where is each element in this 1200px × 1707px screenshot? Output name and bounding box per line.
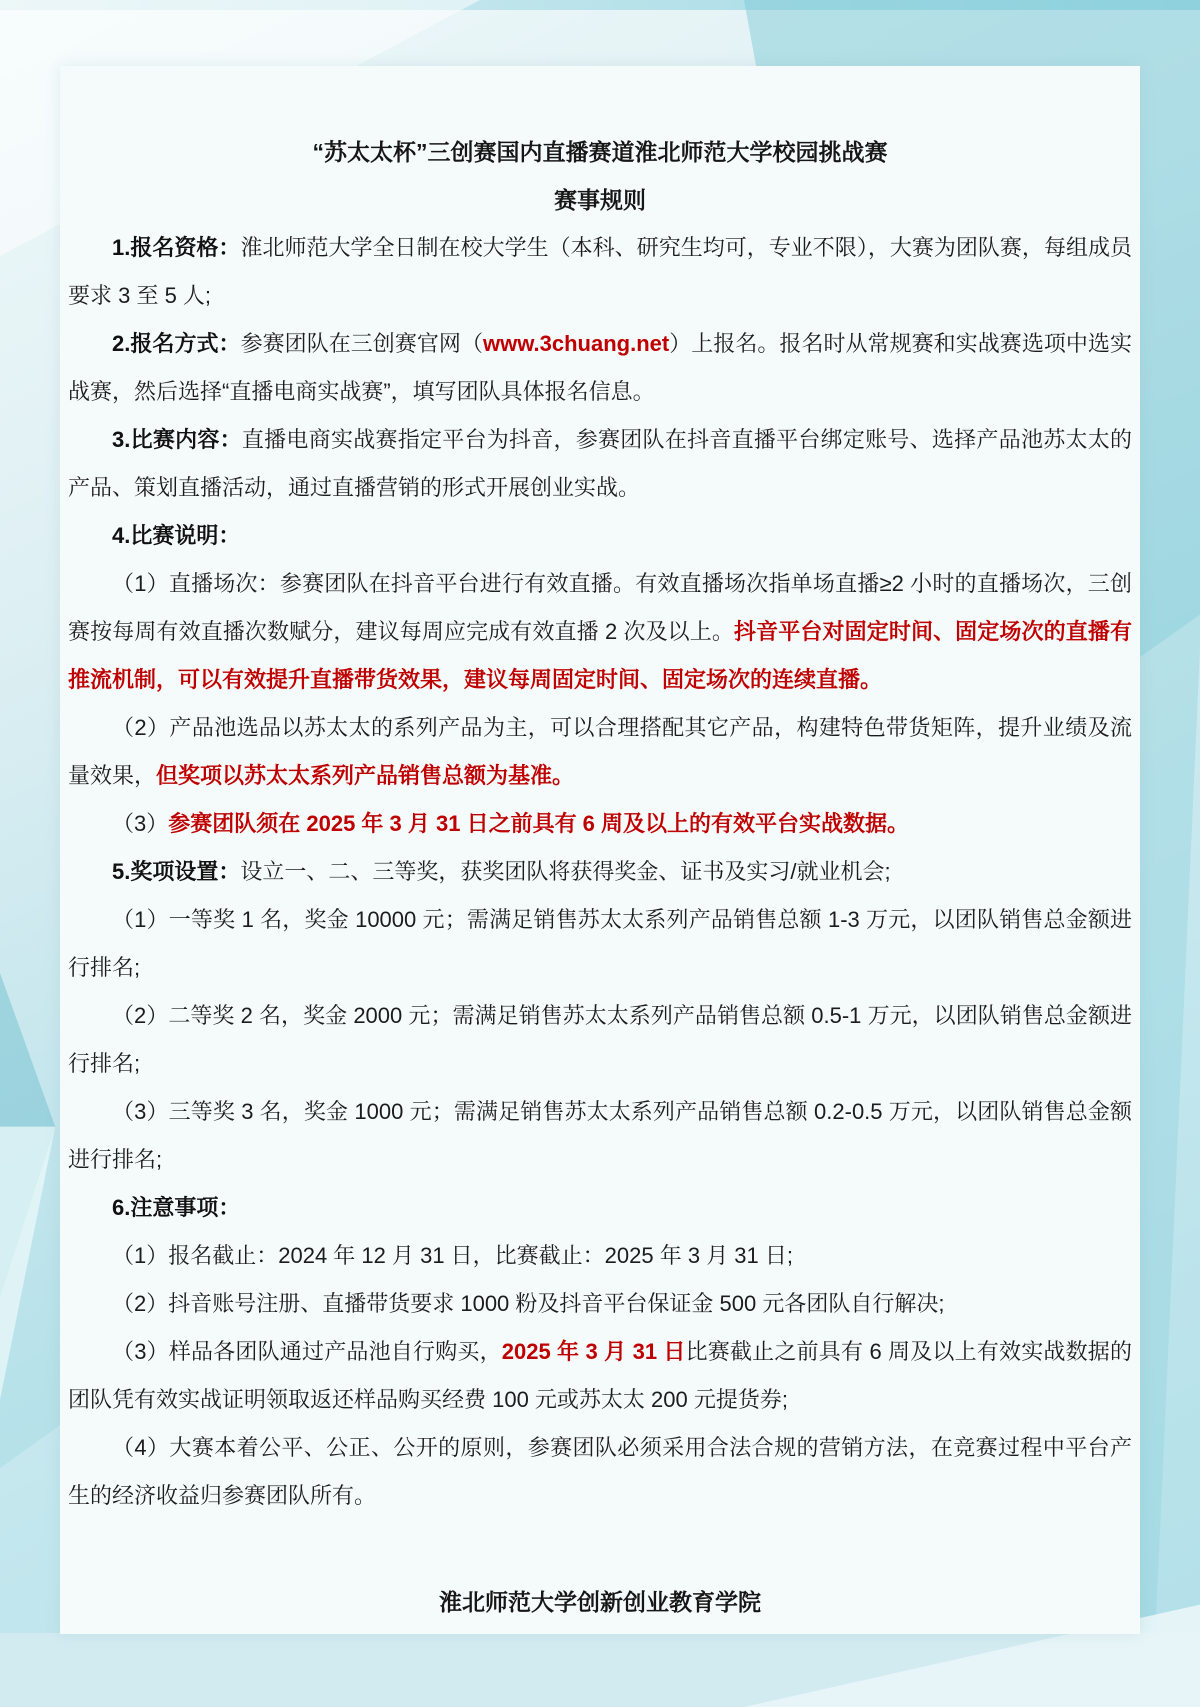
section-2-text-pre: 参赛团队在三创赛官网（ — [241, 331, 483, 356]
section-5-text: 设立一、二、三等奖，获奖团队将获得奖金、证书及实习/就业机会; — [240, 859, 890, 884]
paragraph-data-requirement: （3）参赛团队须在 2025 年 3 月 31 日之前具有 6 周及以上的有效平… — [68, 800, 1132, 848]
section-5-item-2-text: （2）二等奖 2 名，奖金 2000 元；需满足销售苏太太系列产品销售总额 0.… — [68, 1003, 1132, 1076]
paragraph-competition-content: 3.比赛内容：直播电商实战赛指定平台为抖音，参赛团队在抖音直播平台绑定账号、选择… — [68, 416, 1132, 512]
section-4-heading: 4.比赛说明： — [68, 512, 1132, 560]
paragraph-account-requirements: （2）抖音账号注册、直播带货要求 1000 粉及抖音平台保证金 500 元各团队… — [68, 1280, 1132, 1328]
document-subtitle: 赛事规则 — [68, 176, 1132, 224]
section-5-item-3-text: （3）三等奖 3 名，奖金 1000 元；需满足销售苏太太系列产品销售总额 0.… — [68, 1099, 1132, 1172]
section-6-item-1-text: （1）报名截止：2024 年 12 月 31 日，比赛截止：2025 年 3 月… — [112, 1243, 793, 1268]
paragraph-registration-method: 2.报名方式：参赛团队在三创赛官网（www.3chuang.net）上报名。报名… — [68, 320, 1132, 416]
section-2-label: 2.报名方式： — [112, 331, 241, 356]
footer-organizer: 淮北师范大学创新创业教育学院 — [68, 1578, 1132, 1626]
section-6-heading: 6.注意事项： — [68, 1184, 1132, 1232]
registration-website-link[interactable]: www.3chuang.net — [483, 331, 669, 356]
section-6-label: 6.注意事项： — [112, 1195, 240, 1220]
section-1-label: 1.报名资格： — [112, 235, 240, 260]
paragraph-third-prize: （3）三等奖 3 名，奖金 1000 元；需满足销售苏太太系列产品销售总额 0.… — [68, 1088, 1132, 1184]
paragraph-sample-purchase: （3）样品各团队通过产品池自行购买，2025 年 3 月 31 日比赛截止之前具… — [68, 1328, 1132, 1424]
paragraph-deadlines: （1）报名截止：2024 年 12 月 31 日，比赛截止：2025 年 3 月… — [68, 1232, 1132, 1280]
section-4-item-2-highlight: 但奖项以苏太太系列产品销售总额为基准。 — [156, 763, 574, 788]
paragraph-fairness-principle: （4）大赛本着公平、公正、公开的原则，参赛团队必须采用合法合规的营销方法，在竞赛… — [68, 1424, 1132, 1520]
paragraph-awards-intro: 5.奖项设置：设立一、二、三等奖，获奖团队将获得奖金、证书及实习/就业机会; — [68, 848, 1132, 896]
document-title: “苏太太杯”三创赛国内直播赛道淮北师范大学校园挑战赛 — [68, 128, 1132, 176]
paragraph-live-sessions: （1）直播场次：参赛团队在抖音平台进行有效直播。有效直播场次指单场直播≥2 小时… — [68, 560, 1132, 704]
section-4-label: 4.比赛说明： — [112, 523, 240, 548]
section-6-item-2-text: （2）抖音账号注册、直播带货要求 1000 粉及抖音平台保证金 500 元各团队… — [112, 1291, 944, 1316]
document-page: “苏太太杯”三创赛国内直播赛道淮北师范大学校园挑战赛 赛事规则 1.报名资格：淮… — [60, 66, 1140, 1634]
paragraph-first-prize: （1）一等奖 1 名，奖金 10000 元；需满足销售苏太太系列产品销售总额 1… — [68, 896, 1132, 992]
section-4-item-3-text: （3） — [112, 811, 168, 836]
paragraph-second-prize: （2）二等奖 2 名，奖金 2000 元；需满足销售苏太太系列产品销售总额 0.… — [68, 992, 1132, 1088]
section-5-label: 5.奖项设置： — [112, 859, 240, 884]
section-3-label: 3.比赛内容： — [112, 427, 242, 452]
section-5-item-1-text: （1）一等奖 1 名，奖金 10000 元；需满足销售苏太太系列产品销售总额 1… — [68, 907, 1132, 980]
paragraph-registration-eligibility: 1.报名资格：淮北师范大学全日制在校大学生（本科、研究生均可，专业不限），大赛为… — [68, 224, 1132, 320]
section-6-item-3-highlight: 2025 年 3 月 31 日 — [502, 1339, 686, 1364]
paragraph-product-pool: （2）产品池选品以苏太太的系列产品为主，可以合理搭配其它产品，构建特色带货矩阵，… — [68, 704, 1132, 800]
section-4-item-3-highlight: 参赛团队须在 2025 年 3 月 31 日之前具有 6 周及以上的有效平台实战… — [168, 811, 909, 836]
section-6-item-4-text: （4）大赛本着公平、公正、公开的原则，参赛团队必须采用合法合规的营销方法，在竞赛… — [68, 1435, 1132, 1508]
section-6-item-3-pre: （3）样品各团队通过产品池自行购买， — [112, 1339, 502, 1364]
slide-canvas: “苏太太杯”三创赛国内直播赛道淮北师范大学校园挑战赛 赛事规则 1.报名资格：淮… — [0, 0, 1200, 1707]
